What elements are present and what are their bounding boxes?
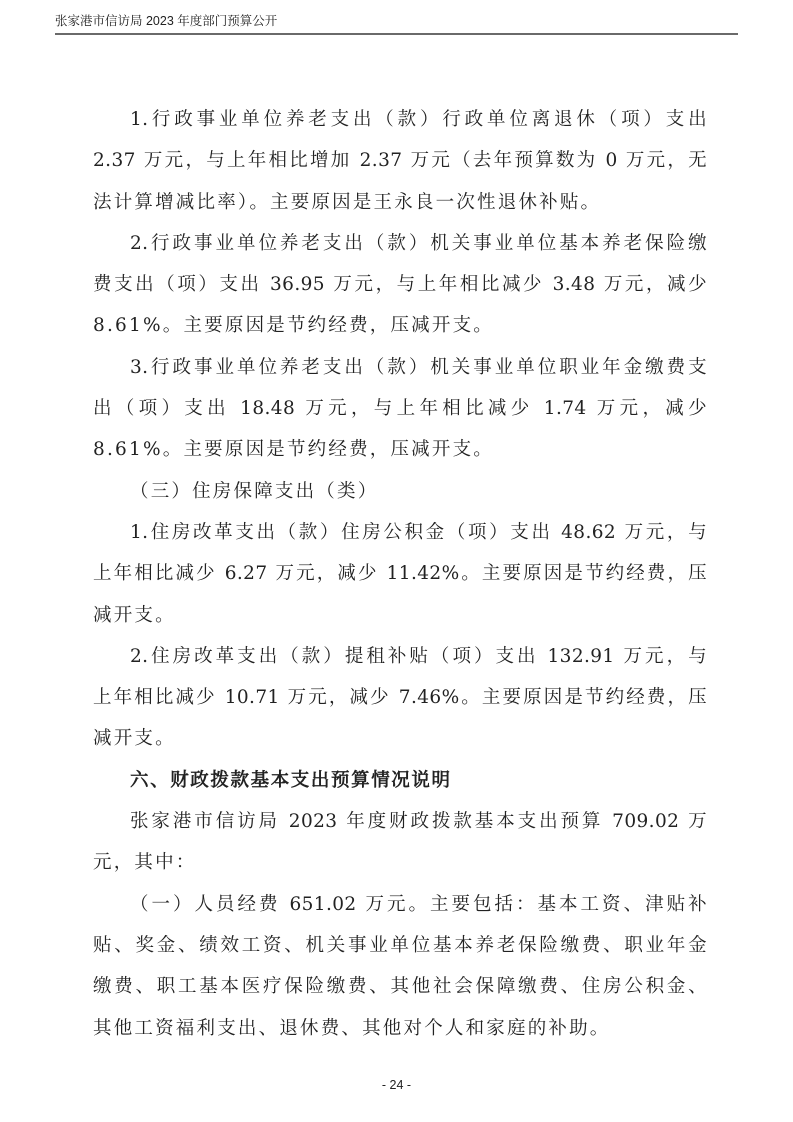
text-line: 缴费、职工基本医疗保险缴费、其他社会保障缴费、住房公积金、	[93, 966, 707, 1007]
text-line: 2.住房改革支出（款）提租补贴（项）支出 132.91 万元，与	[93, 636, 707, 677]
header-divider	[55, 33, 738, 35]
section-heading: 六、财政拨款基本支出预算情况说明	[93, 760, 707, 801]
text-line: 减开支。	[93, 595, 707, 636]
text-line: 法计算增减比率）。主要原因是王永良一次性退休补贴。	[93, 182, 707, 223]
text-line: 其他工资福利支出、退休费、其他对个人和家庭的补助。	[93, 1008, 707, 1049]
document-title: 张家港市信访局 2023 年度部门预算公开	[55, 12, 738, 30]
text-line: 1.行政事业单位养老支出（款）行政单位离退休（项）支出	[93, 99, 707, 140]
text-line: 8.61%。主要原因是节约经费，压减开支。	[93, 429, 707, 470]
text-line: 上年相比减少 6.27 万元，减少 11.42%。主要原因是节约经费，压	[93, 553, 707, 594]
page-number: - 24 -	[0, 1078, 793, 1092]
text-line: 张家港市信访局 2023 年度财政拨款基本支出预算 709.02 万	[93, 801, 707, 842]
text-line: 3.行政事业单位养老支出（款）机关事业单位职业年金缴费支	[93, 347, 707, 388]
text-line: 费支出（项）支出 36.95 万元，与上年相比减少 3.48 万元，减少	[93, 264, 707, 305]
text-line: 1.住房改革支出（款）住房公积金（项）支出 48.62 万元，与	[93, 512, 707, 553]
document-body: 1.行政事业单位养老支出（款）行政单位离退休（项）支出 2.37 万元，与上年相…	[93, 99, 707, 1049]
text-line: 元，其中：	[93, 842, 707, 883]
text-line: 上年相比减少 10.71 万元，减少 7.46%。主要原因是节约经费，压	[93, 677, 707, 718]
text-line: 2.行政事业单位养老支出（款）机关事业单位基本养老保险缴	[93, 223, 707, 264]
text-line: 减开支。	[93, 718, 707, 759]
text-line: 贴、奖金、绩效工资、机关事业单位基本养老保险缴费、职业年金	[93, 925, 707, 966]
page-header: 张家港市信访局 2023 年度部门预算公开	[55, 12, 738, 35]
text-line: 出（项）支出 18.48 万元，与上年相比减少 1.74 万元，减少	[93, 388, 707, 429]
text-line: 2.37 万元，与上年相比增加 2.37 万元（去年预算数为 0 万元，无	[93, 140, 707, 181]
subsection-heading: （三）住房保障支出（类）	[93, 471, 707, 512]
text-line: （一）人员经费 651.02 万元。主要包括：基本工资、津贴补	[93, 884, 707, 925]
text-line: 8.61%。主要原因是节约经费，压减开支。	[93, 305, 707, 346]
